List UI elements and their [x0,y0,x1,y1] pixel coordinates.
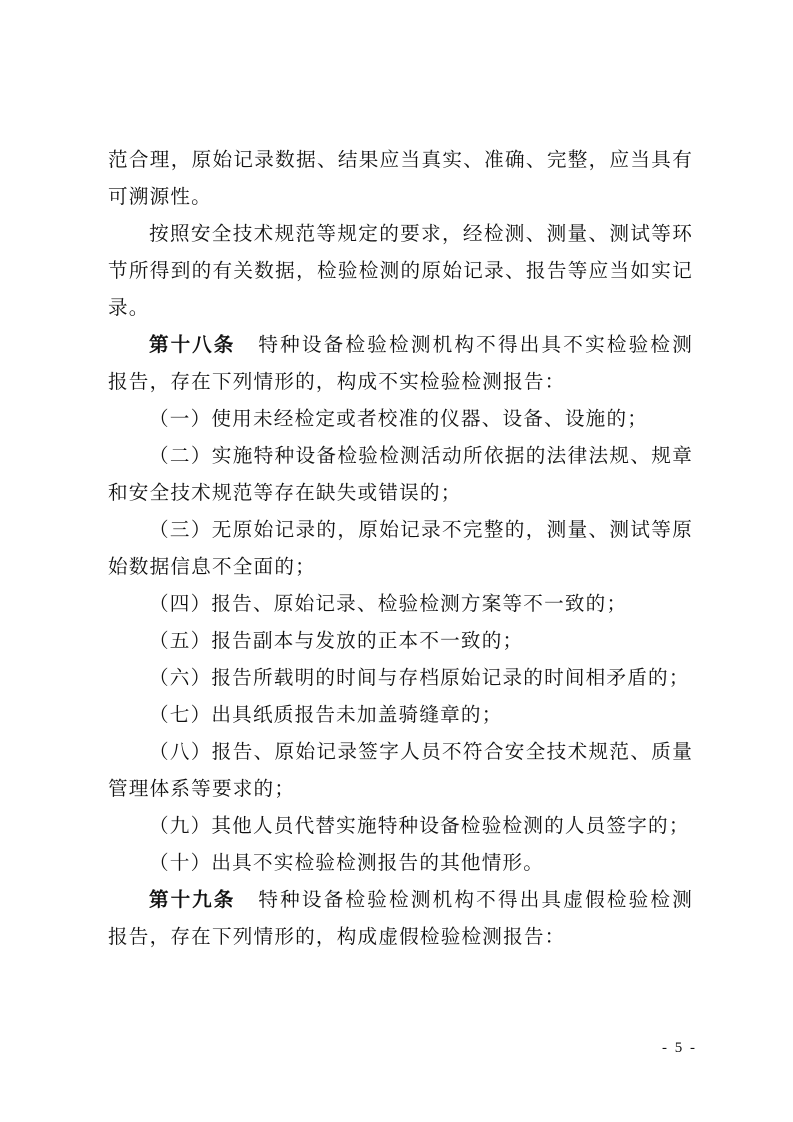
article-18-title: 第十八条 [149,333,235,356]
item-label: （八） [149,740,212,763]
item-label: （十） [149,851,211,874]
item-label: （九） [149,814,211,837]
list-item: （八）报告、原始记录签字人员不符合安全技术规范、质量 [108,740,693,777]
paragraph-line: 录。 [108,296,693,333]
list-item: （九）其他人员代替实施特种设备检验检测的人员签字的； [108,814,693,851]
article-18-intro: 报告，存在下列情形的，构成不实检验检测报告： [108,370,693,407]
paragraph-line: 可溯源性。 [108,185,693,222]
paragraph-line: 节所得到的有关数据，检验检测的原始记录、报告等应当如实记 [108,259,693,296]
list-item: （七）出具纸质报告未加盖骑缝章的； [108,703,693,740]
list-item: （一）使用未经检定或者校准的仪器、设备、设施的； [108,407,693,444]
article-19-heading-line: 第十九条特种设备检验检测机构不得出具虚假检验检测 [108,888,693,925]
list-item-continuation: 管理体系等要求的； [108,777,693,814]
page-number: - 5 - [662,1040,697,1057]
list-item: （四）报告、原始记录、检验检测方案等不一致的； [108,592,693,629]
item-label: （一） [149,407,211,430]
item-label: （三） [149,518,212,541]
paragraph-line: 范合理，原始记录数据、结果应当真实、准确、完整，应当具有 [108,148,693,185]
article-19-intro: 报告，存在下列情形的，构成虚假检验检测报告： [108,925,693,962]
article-19-title: 第十九条 [149,888,235,911]
list-item: （三）无原始记录的，原始记录不完整的，测量、测试等原 [108,518,693,555]
list-item: （十）出具不实检验检测报告的其他情形。 [108,851,693,888]
document-page: 范合理，原始记录数据、结果应当真实、准确、完整，应当具有 可溯源性。 按照安全技… [0,0,793,1122]
article-18-heading-line: 第十八条特种设备检验检测机构不得出具不实检验检测 [108,333,693,370]
list-item: （五）报告副本与发放的正本不一致的； [108,629,693,666]
item-label: （六） [149,666,211,689]
paragraph-line: 按照安全技术规范等规定的要求，经检测、测量、测试等环 [108,222,693,259]
list-item-continuation: 和安全技术规范等存在缺失或错误的； [108,481,693,518]
item-label: （四） [149,592,211,615]
list-item: （二）实施特种设备检验检测活动所依据的法律法规、规章 [108,444,693,481]
item-label: （五） [149,629,211,652]
list-item-continuation: 始数据信息不全面的； [108,555,693,592]
article-19-text: 特种设备检验检测机构不得出具虚假检验检测 [257,888,693,911]
list-item: （六）报告所载明的时间与存档原始记录的时间相矛盾的； [108,666,693,703]
item-label: （七） [149,703,211,726]
item-label: （二） [149,444,212,467]
article-18-text: 特种设备检验检测机构不得出具不实检验检测 [257,333,693,356]
